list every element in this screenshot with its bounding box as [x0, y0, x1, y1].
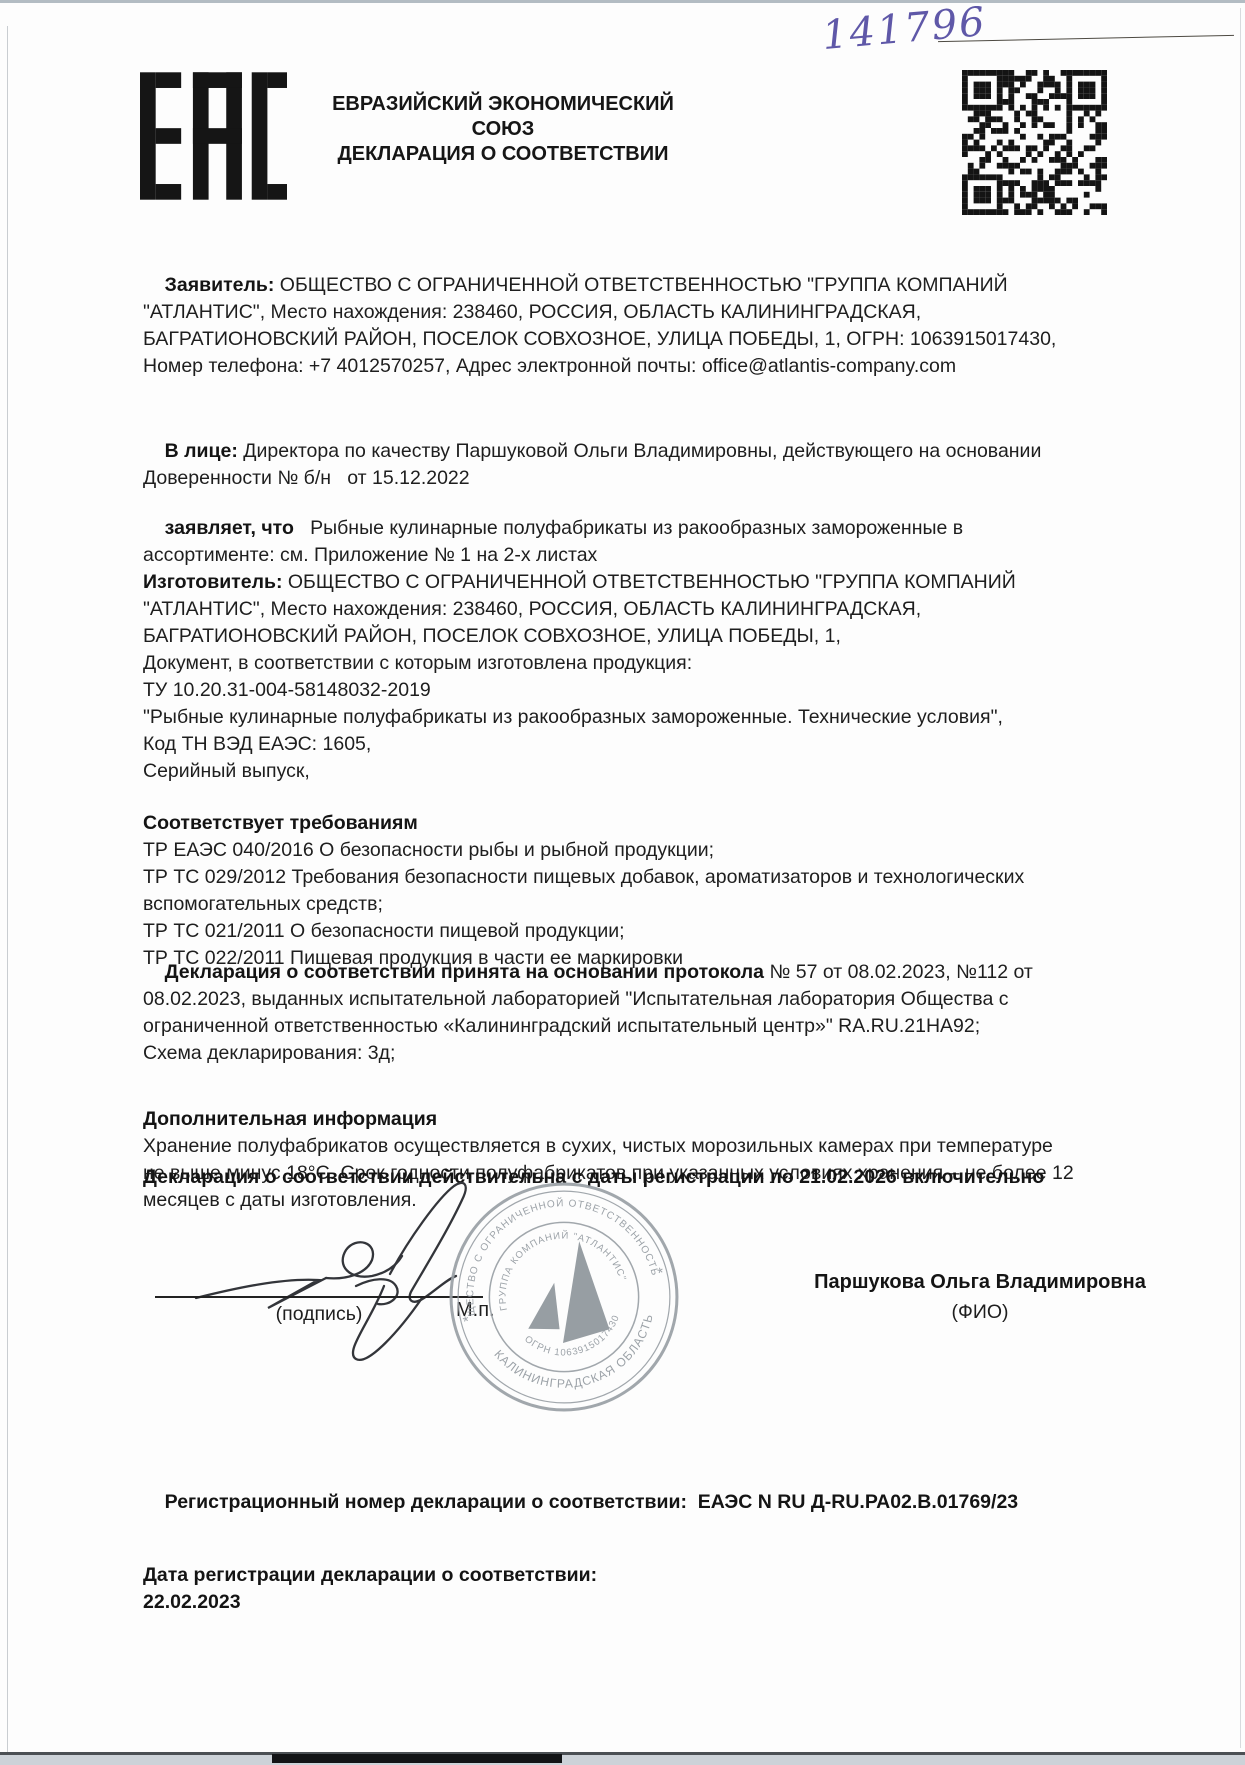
requirement-item: ТР ЕАЭС 040/2016 О безопасности рыбы и р…: [143, 837, 1153, 864]
applicant-section: Заявитель: ОБЩЕСТВО С ОГРАНИЧЕННОЙ ОТВЕТ…: [143, 245, 1153, 407]
title-line-2: СОЮЗ: [278, 117, 728, 142]
scan-edge-bottom-line: [0, 1752, 1245, 1755]
representative-label: В лице:: [165, 440, 238, 462]
representative-text: Директора по качеству Паршуковой Ольги В…: [143, 440, 1041, 489]
requirement-item: ТР ТС 029/2012 Требования безопасности п…: [143, 864, 1153, 918]
requirements-label: Соответствует требованиям: [143, 810, 1153, 837]
signature-caption: (подпись): [155, 1303, 483, 1326]
scan-edge-bottom-dark: [272, 1754, 562, 1763]
scan-edge-top: [0, 0, 1245, 3]
applicant-label: Заявитель:: [165, 274, 275, 296]
document-title: ЕВРАЗИЙСКИЙ ЭКОНОМИЧЕСКИЙ СОЮЗ ДЕКЛАРАЦИ…: [278, 92, 728, 167]
signature-line: [155, 1296, 483, 1298]
declaration-document-page: 141796 ЕВРАЗИЙСКИЙ ЭКОНОМИЧЕСКИЙ СОЮЗ ДЕ…: [0, 0, 1245, 1765]
manufacturer-text: ОБЩЕСТВО С ОГРАНИЧЕННОЙ ОТВЕТСТВЕННОСТЬЮ…: [143, 571, 1016, 782]
handwritten-number: 141796: [820, 0, 988, 59]
title-line-1: ЕВРАЗИЙСКИЙ ЭКОНОМИЧЕСКИЙ: [278, 92, 728, 117]
qr-code: [962, 70, 1107, 215]
eac-logo: [140, 72, 287, 200]
signatory-name: Паршукова Ольга Владимировна: [700, 1271, 1245, 1294]
registration-date-value: 22.02.2023: [143, 1589, 1153, 1616]
signatory-name-caption: (ФИО): [700, 1301, 1245, 1324]
scan-edge-left: [7, 26, 8, 1752]
applicant-text: ОБЩЕСТВО С ОГРАНИЧЕННОЙ ОТВЕТСТВЕННОСТЬЮ…: [143, 274, 1056, 377]
manufacturer-label: Изготовитель:: [143, 571, 282, 593]
registration-date-line: Дата регистрации декларации о соответств…: [143, 1508, 1153, 1670]
registration-date-label: Дата регистрации декларации о соответств…: [143, 1562, 1153, 1589]
additional-info-label: Дополнительная информация: [143, 1106, 1153, 1133]
title-line-3: ДЕКЛАРАЦИЯ О СООТВЕТСТВИИ: [278, 142, 728, 167]
scan-edge-bottom: [0, 1755, 1245, 1765]
scan-edge-right: [1240, 8, 1241, 1748]
declares-label: заявляет, что: [165, 517, 294, 539]
basis-label: Декларация о соответствии принята на осн…: [165, 961, 764, 983]
